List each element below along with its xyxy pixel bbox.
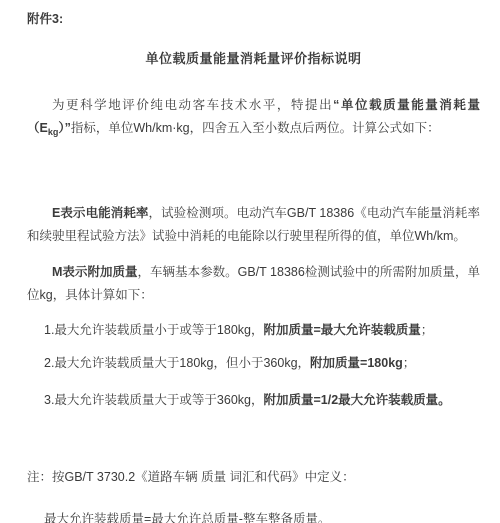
added-mass-paragraph: M表示附加质量，车辆基本参数。GB/T 18386检测试验中的所需附加质量，单位… bbox=[27, 261, 480, 307]
energy-rate-lead: E表示电能消耗率 bbox=[52, 206, 149, 220]
attachment-label: 附件3: bbox=[27, 8, 480, 31]
intro-text-normal-1: 为更科学地评价纯电动客车技术水平，特提出 bbox=[52, 98, 333, 112]
intro-paragraph: 为更科学地评价纯电动客车技术水平，特提出“单位载质量能量消耗量（Ekg）”指标，… bbox=[27, 94, 480, 144]
intro-text-bold-2: ）” bbox=[58, 121, 71, 135]
rule-2-result: 附加质量=180kg bbox=[310, 356, 403, 370]
max-load-definition: 最大允许装载质量=最大允许总质量-整车整备质量。 bbox=[27, 508, 480, 523]
ekg-subscript: kg bbox=[48, 127, 59, 137]
mass-rule-item-2: 2.最大允许装载质量大于180kg，但小于360kg，附加质量=180kg； bbox=[27, 352, 480, 375]
rule-1-condition: 1.最大允许装载质量小于或等于180kg， bbox=[44, 323, 263, 337]
mass-rule-item-3: 3.最大允许装载质量大于或等于360kg，附加质量=1/2最大允许装载质量。 bbox=[27, 389, 480, 412]
rule-1-result: 附加质量=最大允许装载质量 bbox=[263, 323, 420, 337]
intro-text-normal-2: 指标，单位Wh/km·kg，四舍五入至小数点后两位。计算公式如下： bbox=[71, 121, 440, 135]
rule-2-condition: 2.最大允许装载质量大于180kg，但小于360kg， bbox=[44, 356, 310, 370]
standard-note: 注：按GB/T 3730.2《道路车辆 质量 词汇和代码》中定义： bbox=[27, 466, 480, 489]
formula-space bbox=[27, 157, 480, 202]
rule-3-condition: 3.最大允许装载质量大于或等于360kg， bbox=[44, 393, 263, 407]
rule-1-tail: ； bbox=[421, 323, 434, 337]
mass-rule-item-1: 1.最大允许装载质量小于或等于180kg，附加质量=最大允许装载质量； bbox=[27, 319, 480, 342]
document-page: 附件3: 单位载质量能量消耗量评价指标说明 为更科学地评价纯电动客车技术水平，特… bbox=[0, 0, 500, 523]
rule-2-tail: ； bbox=[403, 356, 416, 370]
document-title: 单位载质量能量消耗量评价指标说明 bbox=[27, 47, 480, 70]
rule-3-result: 附加质量=1/2最大允许装载质量。 bbox=[263, 393, 450, 407]
energy-rate-paragraph: E表示电能消耗率，试验检测项。电动汽车GB/T 18386《电动汽车能量消耗率和… bbox=[27, 202, 480, 248]
added-mass-lead: M表示附加质量 bbox=[52, 265, 138, 279]
mass-rule-list: 1.最大允许装载质量小于或等于180kg，附加质量=最大允许装载质量； 2.最大… bbox=[27, 319, 480, 412]
